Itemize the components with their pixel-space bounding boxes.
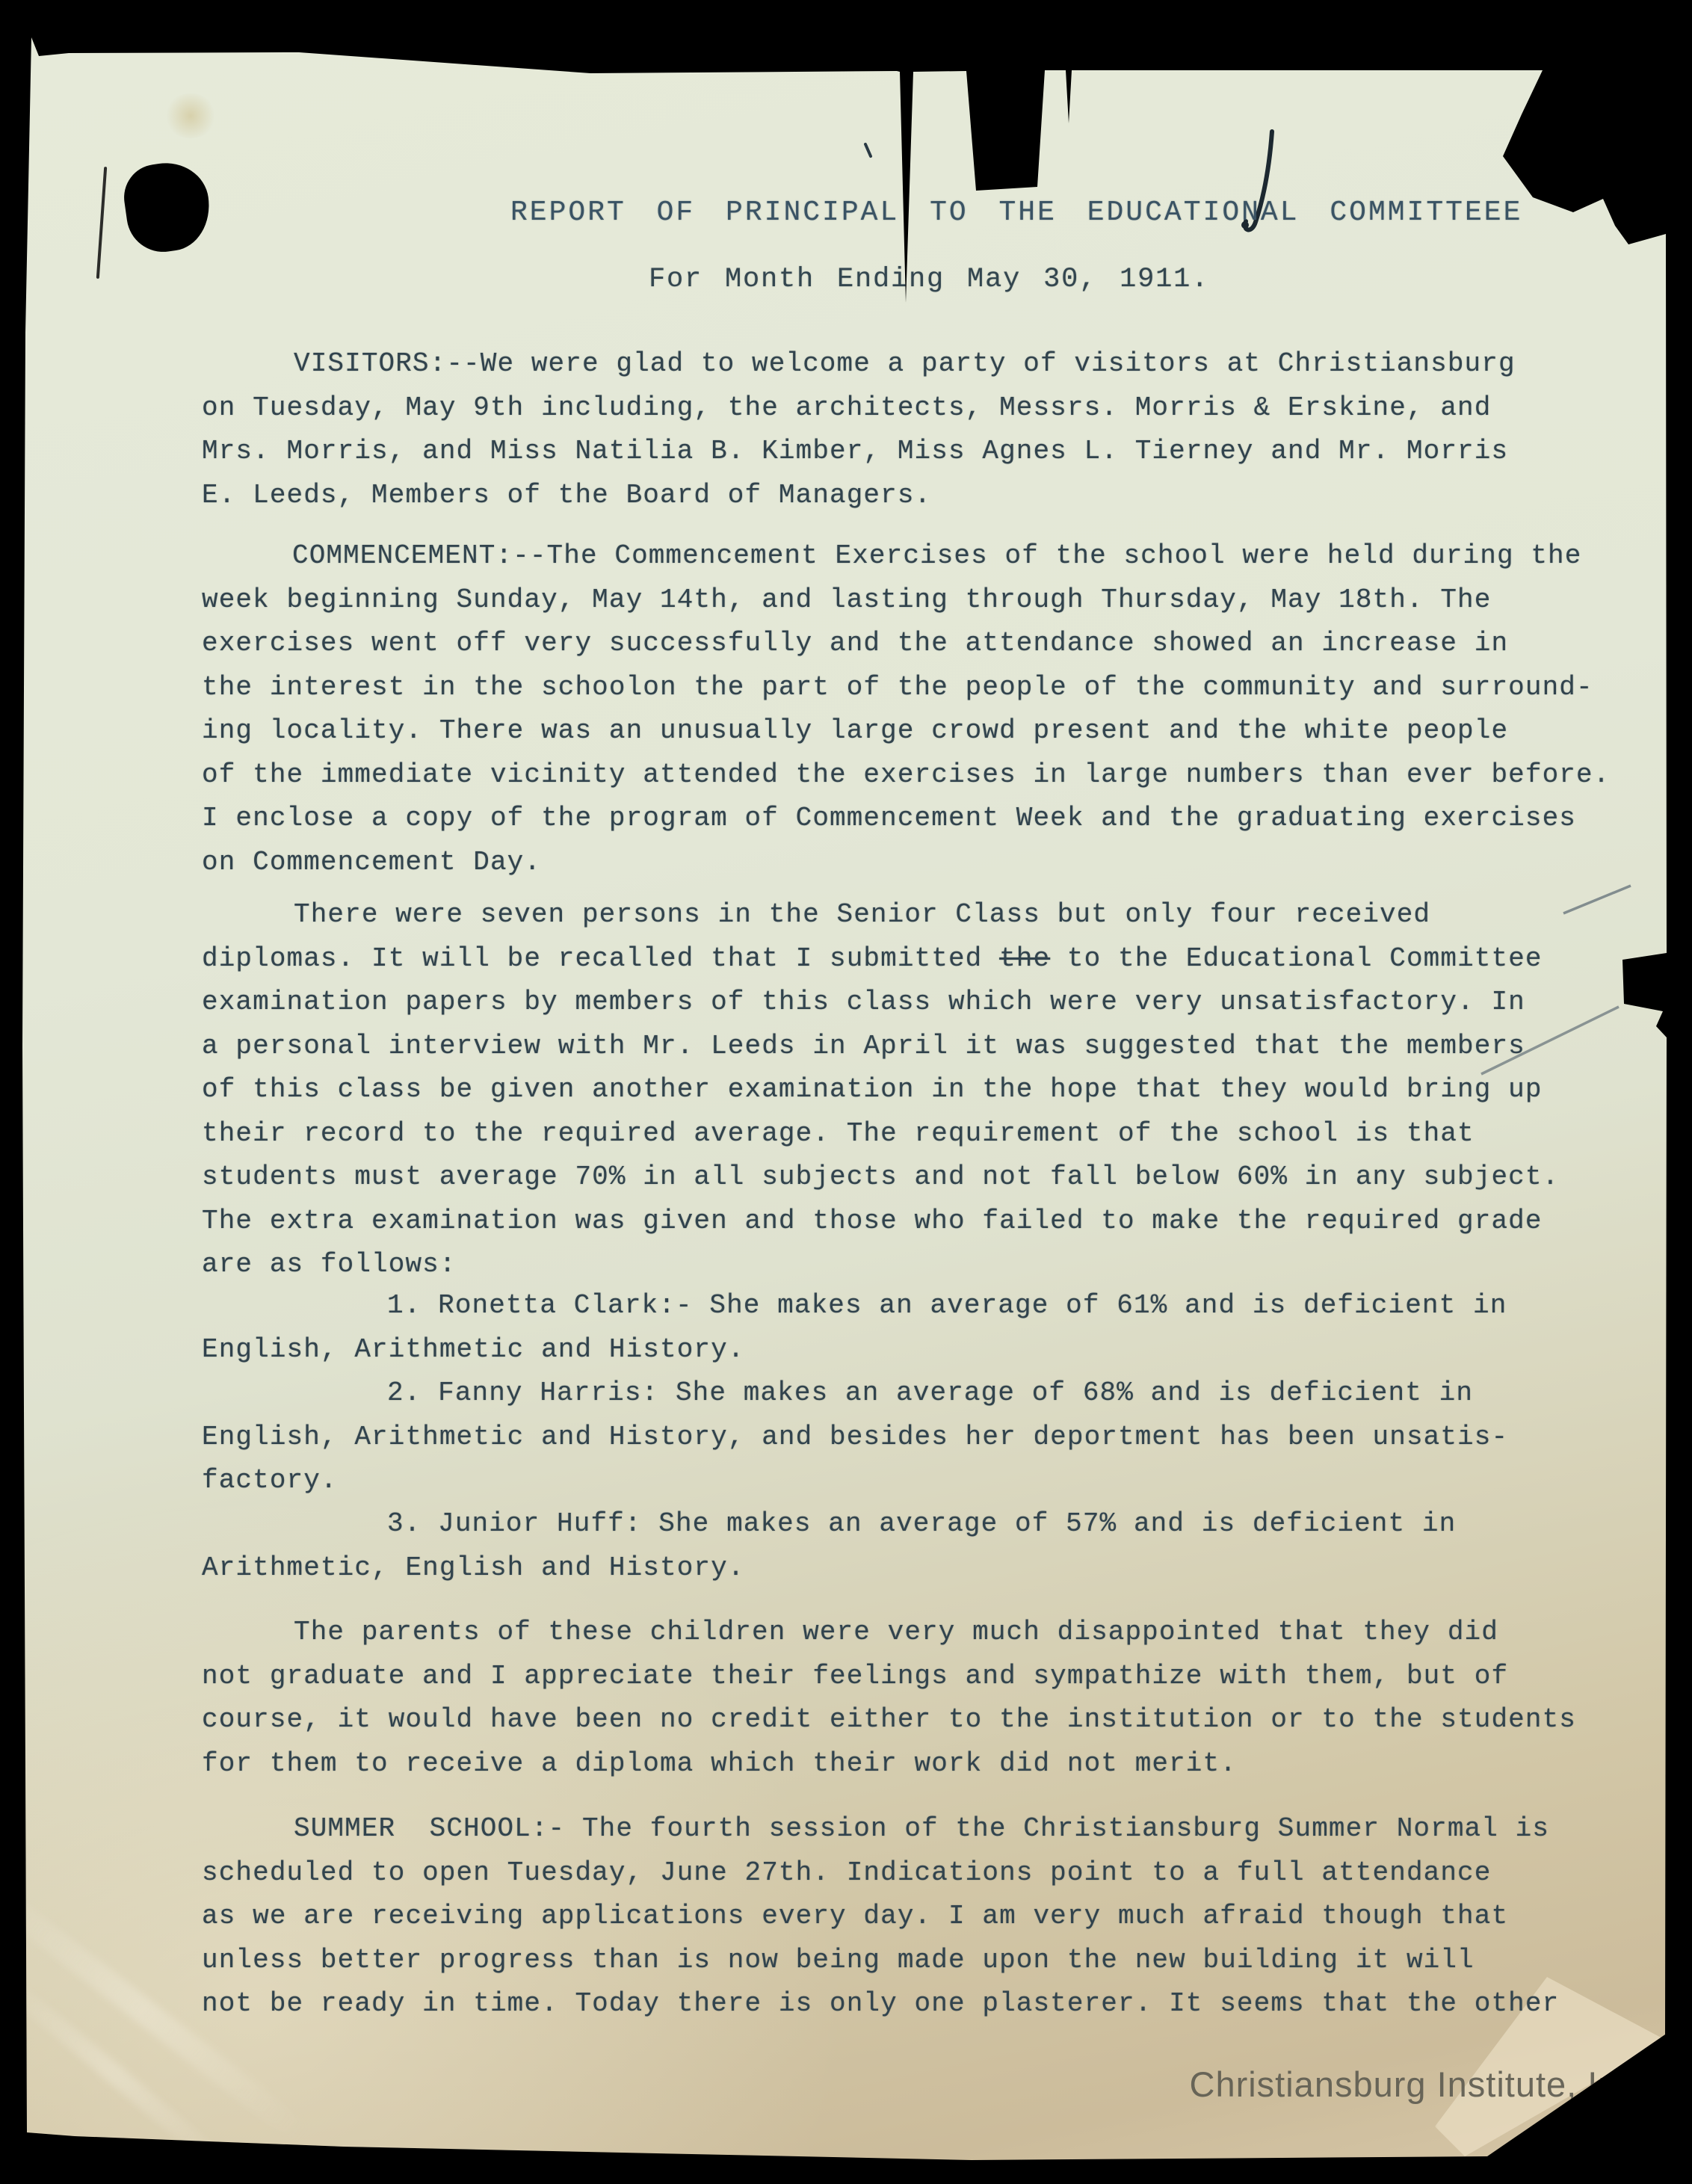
text-line: not be ready in time. Today there is onl… — [202, 1982, 1682, 2026]
text-line: 3. Junior Huff: She makes an average of … — [202, 1502, 1682, 1546]
text-line: 1. Ronetta Clark:- She makes an average … — [202, 1284, 1682, 1328]
text-line: the interest in the schoolon the part of… — [202, 666, 1682, 710]
text-line: E. Leeds, Members of the Board of Manage… — [202, 474, 1682, 518]
paragraph-student_2: 2. Fanny Harris: She makes an average of… — [202, 1372, 1682, 1503]
document-date: For Month Ending May 30, 1911. — [649, 264, 1209, 295]
struck-word: the — [999, 943, 1050, 974]
text-line: not graduate and I appreciate their feel… — [202, 1655, 1682, 1699]
text-line: factory. — [202, 1459, 1682, 1503]
text-line: week beginning Sunday, May 14th, and las… — [202, 579, 1682, 623]
paragraph-student_3: 3. Junior Huff: She makes an average of … — [202, 1502, 1682, 1590]
text-line: their record to the required average. Th… — [202, 1112, 1682, 1156]
paragraph-visitors: VISITORS:--We were glad to welcome a par… — [202, 342, 1682, 517]
text-line: unless better progress than is now being… — [202, 1939, 1682, 1983]
scanner-background: REPORT OF PRINCIPAL TO THE EDUCATIONAL C… — [0, 0, 1692, 2184]
text-line: Arithmetic, English and History. — [202, 1546, 1682, 1591]
text-line: are as follows: — [202, 1243, 1682, 1287]
paragraph-commencement: COMMENCEMENT:--The Commencement Exercise… — [202, 534, 1682, 884]
text-line: exercises went off very successfully and… — [202, 622, 1682, 666]
text-line: course, it would have been no credit eit… — [202, 1698, 1682, 1742]
text-line: as we are receiving applications every d… — [202, 1895, 1682, 1939]
text-line: English, Arithmetic and History. — [202, 1328, 1682, 1372]
text-line: on Tuesday, May 9th including, the archi… — [202, 386, 1682, 431]
text-line: There were seven persons in the Senior C… — [202, 893, 1682, 937]
text-line: for them to receive a diploma which thei… — [202, 1742, 1682, 1786]
text-line: I enclose a copy of the program of Comme… — [202, 797, 1682, 841]
text-line: 2. Fanny Harris: She makes an average of… — [202, 1372, 1682, 1416]
watermark-text: Christiansburg Institute, Inc — [1190, 2064, 1637, 2105]
paper-tear-line — [96, 167, 107, 279]
text-line: a personal interview with Mr. Leeds in A… — [202, 1025, 1682, 1069]
text-line: of this class be given another examinati… — [202, 1068, 1682, 1112]
paragraph-student_1: 1. Ronetta Clark:- She makes an average … — [202, 1284, 1682, 1372]
text-line: examination papers by members of this cl… — [202, 981, 1682, 1025]
text-line: ing locality. There was an unusually lar… — [202, 709, 1682, 753]
text-line: of the immediate vicinity attended the e… — [202, 753, 1682, 798]
paper-stain — [164, 93, 217, 138]
paragraph-summer_school: SUMMER SCHOOL:- The fourth session of th… — [202, 1807, 1682, 2026]
text-line: The extra examination was given and thos… — [202, 1200, 1682, 1244]
paragraph-senior_class: There were seven persons in the Senior C… — [202, 893, 1682, 1287]
text-line: English, Arithmetic and History, and bes… — [202, 1416, 1682, 1460]
text-line: students must average 70% in all subject… — [202, 1156, 1682, 1200]
scanned-document: { "document": { "title": "REPORT OF PRIN… — [0, 0, 1692, 2184]
text-line: Mrs. Morris, and Miss Natilia B. Kimber,… — [202, 430, 1682, 474]
text-line: The parents of these children were very … — [202, 1611, 1682, 1655]
text-line: scheduled to open Tuesday, June 27th. In… — [202, 1851, 1682, 1895]
text-line: on Commencement Day. — [202, 841, 1682, 885]
text-line: COMMENCEMENT:--The Commencement Exercise… — [202, 534, 1682, 579]
text-line: diplomas. It will be recalled that I sub… — [202, 937, 1682, 981]
paragraph-parents: The parents of these children were very … — [202, 1611, 1682, 1786]
document-page: REPORT OF PRINCIPAL TO THE EDUCATIONAL C… — [22, 34, 1670, 2171]
document-title: REPORT OF PRINCIPAL TO THE EDUCATIONAL C… — [510, 197, 1522, 229]
text-line: VISITORS:--We were glad to welcome a par… — [202, 342, 1682, 386]
ink-tick — [865, 144, 871, 156]
paper-hole — [120, 158, 214, 256]
text-line: SUMMER SCHOOL:- The fourth session of th… — [202, 1807, 1682, 1851]
